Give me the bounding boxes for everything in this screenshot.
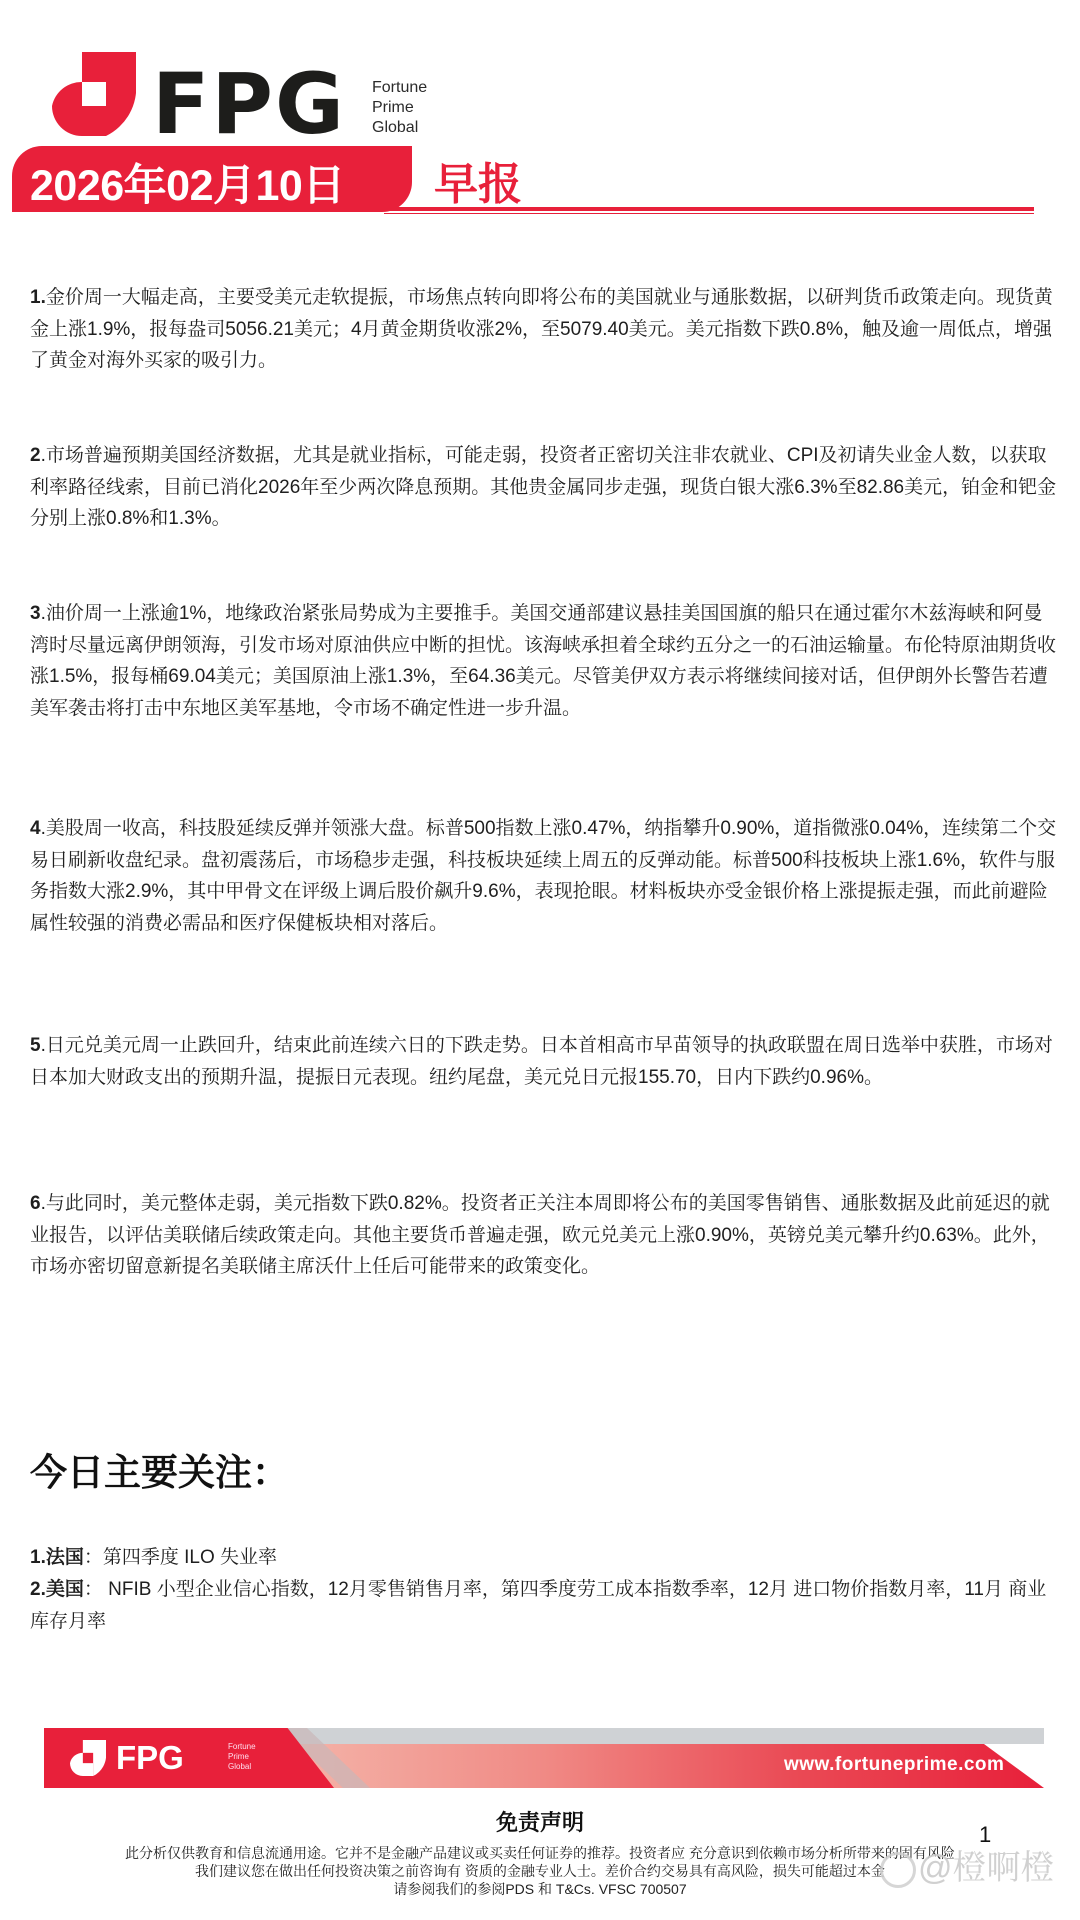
- tagline-line: Global: [372, 118, 427, 138]
- news-text: .日元兑美元周一止跌回升，结束此前连续六日的下跌走势。日本首相高市早苗领导的执政…: [30, 1035, 1053, 1088]
- fpg-logo-icon: [70, 1740, 106, 1776]
- footer-brand-text: FPG: [116, 1739, 184, 1777]
- focus-item-us: 2.美国： NFIB 小型企业信心指数，12月零售销售月率，第四季度劳工成本指数…: [30, 1574, 1060, 1637]
- news-item-5: 5.日元兑美元周一止跌回升，结束此前连续六日的下跌走势。日本首相高市早苗领导的执…: [30, 1030, 1060, 1093]
- brand-tagline: Fortune Prime Global: [372, 78, 427, 138]
- news-item-6: 6.与此同时，美元整体走弱，美元指数下跌0.82%。投资者正关注本周即将公布的美…: [30, 1188, 1060, 1283]
- news-number: 2: [30, 445, 41, 466]
- fpg-logo-icon: [52, 52, 136, 136]
- news-text: .与此同时，美元整体走弱，美元指数下跌0.82%。投资者正关注本周即将公布的美国…: [30, 1193, 1050, 1277]
- focus-label: 2.美国: [30, 1579, 84, 1600]
- date-banner: 2026年02月10日: [12, 146, 412, 212]
- header-divider: [384, 207, 1034, 211]
- news-number: 4: [30, 818, 41, 839]
- news-number: 6: [30, 1193, 41, 1214]
- news-number: 5: [30, 1035, 41, 1056]
- news-text: 金价周一大幅走高，主要受美元走软提振，市场焦点转向即将公布的美国就业与通胀数据，…: [30, 287, 1053, 371]
- brand-logo-text: FPG: [152, 72, 346, 136]
- tagline-line: Prime: [228, 1752, 256, 1762]
- news-item-4: 4.美股周一收高，科技股延续反弹并领涨大盘。标普500指数上涨0.47%，纳指攀…: [30, 813, 1060, 939]
- header-divider-thin: [384, 213, 1034, 214]
- focus-title: 今日主要关注：: [30, 1442, 289, 1496]
- news-text: .油价周一上涨逾1%，地缘政治紧张局势成为主要推手。美国交通部建议悬挂美国国旗的…: [30, 603, 1056, 719]
- focus-item-france: 1.法国：第四季度 ILO 失业率: [30, 1542, 1060, 1574]
- news-text: .市场普遍预期美国经济数据，尤其是就业指标，可能走弱，投资者正密切关注非农就业、…: [30, 445, 1056, 529]
- focus-text: ： NFIB 小型企业信心指数，12月零售销售月率，第四季度劳工成本指数季率，1…: [30, 1579, 1046, 1632]
- watermark-text: @橙啊橙: [918, 1849, 1055, 1887]
- footer-banner: FPG Fortune Prime Global www.fortuneprim…: [44, 1728, 1044, 1788]
- news-item-3: 3.油价周一上涨逾1%，地缘政治紧张局势成为主要推手。美国交通部建议悬挂美国国旗…: [30, 598, 1060, 724]
- news-item-1: 1.金价周一大幅走高，主要受美元走软提振，市场焦点转向即将公布的美国就业与通胀数…: [30, 282, 1060, 377]
- report-title: 早报: [434, 148, 522, 212]
- focus-label: 1.法国: [30, 1547, 84, 1568]
- disclaimer-title: 免责声明: [0, 1806, 1080, 1837]
- watermark: @橙啊橙: [880, 1840, 1080, 1890]
- tagline-line: Fortune: [228, 1742, 256, 1752]
- website-link[interactable]: www.fortuneprime.com: [784, 1754, 1004, 1776]
- report-date: 2026年02月10日: [30, 152, 345, 213]
- news-text: .美股周一收高，科技股延续反弹并领涨大盘。标普500指数上涨0.47%，纳指攀升…: [30, 818, 1056, 934]
- news-number: 1.: [30, 287, 46, 308]
- news-number: 3: [30, 603, 41, 624]
- focus-text: ：第四季度 ILO 失业率: [84, 1547, 277, 1568]
- tagline-line: Global: [228, 1762, 256, 1772]
- news-item-2: 2.市场普遍预期美国经济数据，尤其是就业指标，可能走弱，投资者正密切关注非农就业…: [30, 440, 1060, 535]
- tagline-line: Fortune: [372, 78, 427, 98]
- footer-brand-tagline: Fortune Prime Global: [228, 1742, 256, 1772]
- watermark-logo-icon: [880, 1852, 916, 1888]
- tagline-line: Prime: [372, 98, 427, 118]
